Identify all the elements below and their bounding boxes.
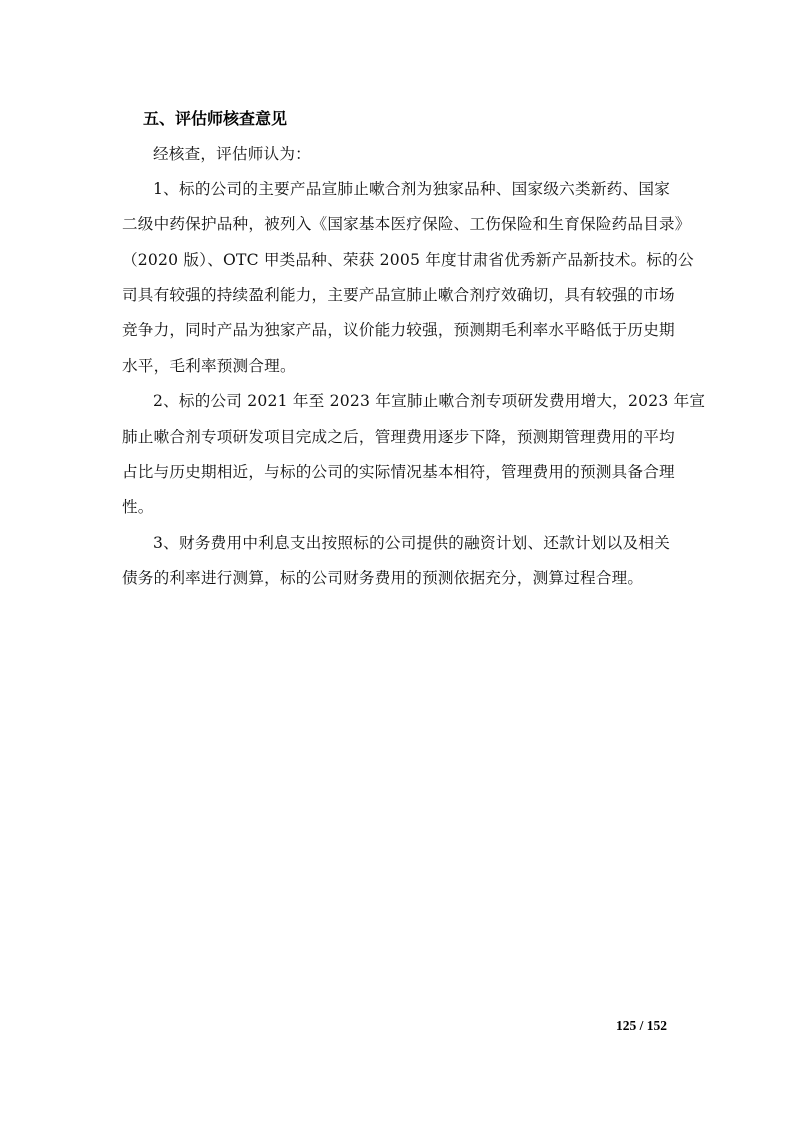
intro-text: 经核查，评估师认为： [122,137,670,172]
paragraph-line: 竞争力，同时产品为独家产品，议价能力较强，预测期毛利率水平略低于历史期 [122,313,670,348]
paragraph-line: 债务的利率进行测算，标的公司财务费用的预测依据充分，测算过程合理。 [122,561,670,596]
paragraph-line: 1、标的公司的主要产品宣肺止嗽合剂为独家品种、国家级六类新药、国家 [122,172,670,207]
paragraph-line: 肺止嗽合剂专项研发项目完成之后，管理费用逐步下降，预测期管理费用的平均 [122,420,670,455]
document-body: 五、评估师核查意见 经核查，评估师认为： 1、标的公司的主要产品宣肺止嗽合剂为独… [122,101,670,597]
paragraph-2: 2、标的公司 2021 年至 2023 年宣肺止嗽合剂专项研发费用增大，2023… [122,384,670,526]
section-heading: 五、评估师核查意见 [122,101,670,137]
paragraph-1: 1、标的公司的主要产品宣肺止嗽合剂为独家品种、国家级六类新药、国家 二级中药保护… [122,172,670,384]
paragraph-line: 占比与历史期相近，与标的公司的实际情况基本相符，管理费用的预测具备合理 [122,455,670,490]
paragraph-line: 水平，毛利率预测合理。 [122,349,670,384]
paragraph-3: 3、财务费用中利息支出按照标的公司提供的融资计划、还款计划以及相关 债务的利率进… [122,526,670,597]
paragraph-line: 二级中药保护品种，被列入《国家基本医疗保险、工伤保险和生育保险药品目录》 [122,207,670,242]
paragraph-line: 性。 [122,490,670,525]
paragraph-line: （2020 版）、OTC 甲类品种、荣获 2005 年度甘肃省优秀新产品新技术。… [122,243,670,278]
paragraph-line: 3、财务费用中利息支出按照标的公司提供的融资计划、还款计划以及相关 [122,526,670,561]
paragraph-line: 2、标的公司 2021 年至 2023 年宣肺止嗽合剂专项研发费用增大，2023… [122,384,670,419]
paragraph-line: 司具有较强的持续盈利能力，主要产品宣肺止嗽合剂疗效确切，具有较强的市场 [122,278,670,313]
page-number: 125 / 152 [616,1018,667,1034]
document-page: 五、评估师核查意见 经核查，评估师认为： 1、标的公司的主要产品宣肺止嗽合剂为独… [0,0,793,1122]
